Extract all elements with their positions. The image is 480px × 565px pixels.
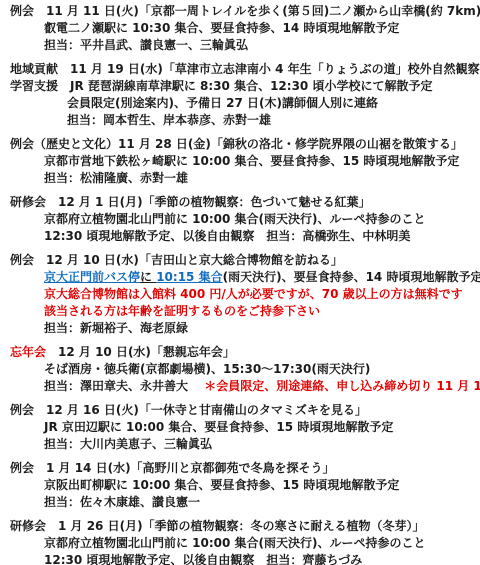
meeting-point-link[interactable]: 京大正門前バス停 <box>44 270 140 284</box>
text-segment: 例会（歴史と文化）11 月 28 日(金)「錦秋の洛北・修学院界隈の山裾を散策す… <box>10 137 463 151</box>
text-segment: 担当：澤田章夫、永井善大 <box>44 379 204 393</box>
event-reikai-1216: 例会 12 月 16 日(火)「一休寺と甘南備山のタマミズキを見る」JR 京田辺… <box>0 402 480 453</box>
text-segment: 12 月 10 日(水)「懇親忘年会」 <box>46 345 235 359</box>
schedule-line: 例会 11 月 11 日(火)「京都一周トレイルを歩く(第５回)二ノ瀬から山幸橋… <box>0 3 480 20</box>
schedule-line: 研修会 12 月 1 日(月)「季節の植物観察：色づいて魅せる紅葉」 <box>0 194 480 211</box>
text-segment: 忘年会 <box>10 345 46 359</box>
schedule-line: 12:30 頃現地解散予定、以後自由観察 担当：齊藤ちづみ <box>0 552 480 565</box>
schedule-line: 地域貢献 11 月 19 日(水)「草津市立志津南小 4 年生「りょうぶの道」校… <box>0 61 480 78</box>
schedule-line: 担当：松浦隆廣、赤對一雄 <box>0 170 480 187</box>
schedule-line: 担当：大川内美恵子、三輪眞弘 <box>0 436 480 453</box>
text-segment: 例会 11 月 11 日(火)「京都一周トレイルを歩く(第５回)二ノ瀬から山幸橋… <box>10 4 480 18</box>
schedule-line: 担当：佐々木康雄、讃良憲一 <box>0 494 480 511</box>
schedule-line: 叡電二ノ瀬駅に 10:30 集合、要昼食持参、14 時頃現地解散予定 <box>0 20 480 37</box>
text-segment: そば酒房・徳兵衛(京都劇場横)、15:30～17:30(雨天決行) <box>44 362 370 376</box>
event-chiiki-1119: 地域貢献 11 月 19 日(水)「草津市立志津南小 4 年生「りょうぶの道」校… <box>0 61 480 129</box>
schedule-line: 例会（歴史と文化）11 月 28 日(金)「錦秋の洛北・修学院界隈の山裾を散策す… <box>0 136 480 153</box>
event-kenshukai-0126: 研修会 1 月 26 日(月)「季節の植物観察：冬の寒さに耐える植物（冬芽）」京… <box>0 518 480 565</box>
text-segment: 担当：佐々木康雄、讃良憲一 <box>44 495 200 509</box>
text-segment: 会員限定(別途案内)、予備日 27 日(木)講師個人別に連絡 <box>67 96 378 110</box>
text-segment: 例会 12 月 16 日(火)「一休寺と甘南備山のタマミズキを見る」 <box>10 403 367 417</box>
schedule-line: 研修会 1 月 26 日(月)「季節の植物観察：冬の寒さに耐える植物（冬芽）」 <box>0 518 480 535</box>
text-segment: 研修会 12 月 1 日(月)「季節の植物観察：色づいて魅せる紅葉」 <box>10 195 371 209</box>
event-reikai-1210: 例会 12 月 10 日(水)「吉田山と京大総合博物館を訪ねる」京大正門前バス停… <box>0 252 480 337</box>
schedule-line: 担当：平井昌武、讃良憲一、三輪眞弘 <box>0 37 480 54</box>
text-segment: 京都府立植物園北山門前に 10:00 集合(雨天決行)、ルーペ持参のこと <box>44 536 426 550</box>
schedule-line: 京大総合博物館は入館料 400 円/人が必要ですが、70 歳以上の方は無料です <box>0 286 480 303</box>
schedule-document: 例会 11 月 11 日(火)「京都一周トレイルを歩く(第５回)二ノ瀬から山幸橋… <box>0 0 480 565</box>
text-segment: 担当：岡本哲生、岸本恭彦、赤對一雄 <box>67 113 271 127</box>
text-segment: 担当：松浦隆廣、赤對一雄 <box>44 171 188 185</box>
schedule-blocks: 例会 11 月 11 日(火)「京都一周トレイルを歩く(第５回)二ノ瀬から山幸橋… <box>0 3 480 565</box>
schedule-line: 京大正門前バス停に 10:15 集合(雨天決行)、要昼食持参、14 時頃現地解散… <box>0 269 480 286</box>
schedule-line: JR 京田辺駅に 10:00 集合、要昼食持参、15 時頃現地解散予定 <box>0 419 480 436</box>
schedule-line: 京都府立植物園北山門前に 10:00 集合(雨天決行)、ルーペ持参のこと <box>0 535 480 552</box>
text-segment: 該当される方は年齢を証明するものをご持参下さい <box>44 304 320 318</box>
schedule-line: 担当：澤田章夫、永井善大 ＊会員限定、別途連絡、申し込み締め切り 11 月 17… <box>0 378 480 395</box>
schedule-line: 12:30 頃現地解散予定、以後自由観察 担当：高橋弥生、中林明美 <box>0 228 480 245</box>
schedule-line: 京都府立植物園北山門前に 10:00 集合(雨天決行)、ルーペ持参のこと <box>0 211 480 228</box>
schedule-line: 京阪出町柳駅に 10:00 集合、要昼食持参、15 時頃現地解散予定 <box>0 477 480 494</box>
event-reikai-1128: 例会（歴史と文化）11 月 28 日(金)「錦秋の洛北・修学院界隈の山裾を散策す… <box>0 136 480 187</box>
schedule-line: 会員限定(別途案内)、予備日 27 日(木)講師個人別に連絡 <box>0 95 480 112</box>
text-segment: 例会 12 月 10 日(水)「吉田山と京大総合博物館を訪ねる」 <box>10 253 343 267</box>
schedule-line: 例会 12 月 10 日(水)「吉田山と京大総合博物館を訪ねる」 <box>0 252 480 269</box>
text-segment: (雨天決行)、要昼食持参、14 時頃現地解散予定 <box>223 270 480 284</box>
text-segment: 京都市営地下鉄松ヶ崎駅に 10:00 集合、要昼食持参、15 時頃現地解散予定 <box>44 154 459 168</box>
text-segment: 京大総合博物館は入館料 400 円/人が必要ですが、70 歳以上の方は無料です <box>44 287 463 301</box>
schedule-line: 該当される方は年齢を証明するものをご持参下さい <box>0 303 480 320</box>
schedule-line: 例会 1 月 14 日(水)「高野川と京都御苑で冬鳥を探そう」 <box>0 460 480 477</box>
schedule-line: 例会 12 月 16 日(火)「一休寺と甘南備山のタマミズキを見る」 <box>0 402 480 419</box>
event-reikai-1111: 例会 11 月 11 日(火)「京都一周トレイルを歩く(第５回)二ノ瀬から山幸橋… <box>0 3 480 54</box>
text-segment: 担当：新堀裕子、海老原緑 <box>44 321 188 335</box>
text-segment: JR 京田辺駅に 10:00 集合、要昼食持参、15 時頃現地解散予定 <box>44 420 393 434</box>
text-segment: 担当：大川内美恵子、三輪眞弘 <box>44 437 212 451</box>
event-bonenkai-1210: 忘年会 12 月 10 日(水)「懇親忘年会」そば酒房・徳兵衛(京都劇場横)、1… <box>0 344 480 395</box>
text-segment: 京阪出町柳駅に 10:00 集合、要昼食持参、15 時頃現地解散予定 <box>44 478 399 492</box>
text-segment: 例会 1 月 14 日(水)「高野川と京都御苑で冬鳥を探そう」 <box>10 461 335 475</box>
schedule-line: 担当：岡本哲生、岸本恭彦、赤對一雄 <box>0 112 480 129</box>
text-segment: 12:30 頃現地解散予定、以後自由観察 担当：高橋弥生、中林明美 <box>44 229 410 243</box>
text-segment: 学習支援 JR 琵琶湖線南草津駅に 8:30 集合、12:30 頃小学校にて解散… <box>10 79 432 93</box>
schedule-line: 学習支援 JR 琵琶湖線南草津駅に 8:30 集合、12:30 頃小学校にて解散… <box>0 78 480 95</box>
text-segment: 研修会 1 月 26 日(月)「季節の植物観察：冬の寒さに耐える植物（冬芽）」 <box>10 519 425 533</box>
schedule-line: そば酒房・徳兵衛(京都劇場横)、15:30～17:30(雨天決行) <box>0 361 480 378</box>
text-segment: 12:30 頃現地解散予定、以後自由観察 担当：齊藤ちづみ <box>44 553 362 565</box>
text-segment: 担当：平井昌武、讃良憲一、三輪眞弘 <box>44 38 248 52</box>
text-segment: 地域貢献 11 月 19 日(水)「草津市立志津南小 4 年生「りょうぶの道」校… <box>10 62 480 76</box>
meeting-point-link[interactable]: 10:15 集合 <box>156 270 222 284</box>
event-reikai-0114: 例会 1 月 14 日(水)「高野川と京都御苑で冬鳥を探そう」京阪出町柳駅に 1… <box>0 460 480 511</box>
text-segment: ＊会員限定、別途連絡、申し込み締め切り 11 月 17 日 <box>204 379 480 393</box>
schedule-line: 京都市営地下鉄松ヶ崎駅に 10:00 集合、要昼食持参、15 時頃現地解散予定 <box>0 153 480 170</box>
text-segment: 京都府立植物園北山門前に 10:00 集合(雨天決行)、ルーペ持参のこと <box>44 212 426 226</box>
text-segment: に <box>140 270 156 284</box>
schedule-line: 担当：新堀裕子、海老原緑 <box>0 320 480 337</box>
schedule-line: 忘年会 12 月 10 日(水)「懇親忘年会」 <box>0 344 480 361</box>
text-segment: 叡電二ノ瀬駅に 10:30 集合、要昼食持参、14 時頃現地解散予定 <box>44 21 399 35</box>
event-kenshukai-1201: 研修会 12 月 1 日(月)「季節の植物観察：色づいて魅せる紅葉」京都府立植物… <box>0 194 480 245</box>
